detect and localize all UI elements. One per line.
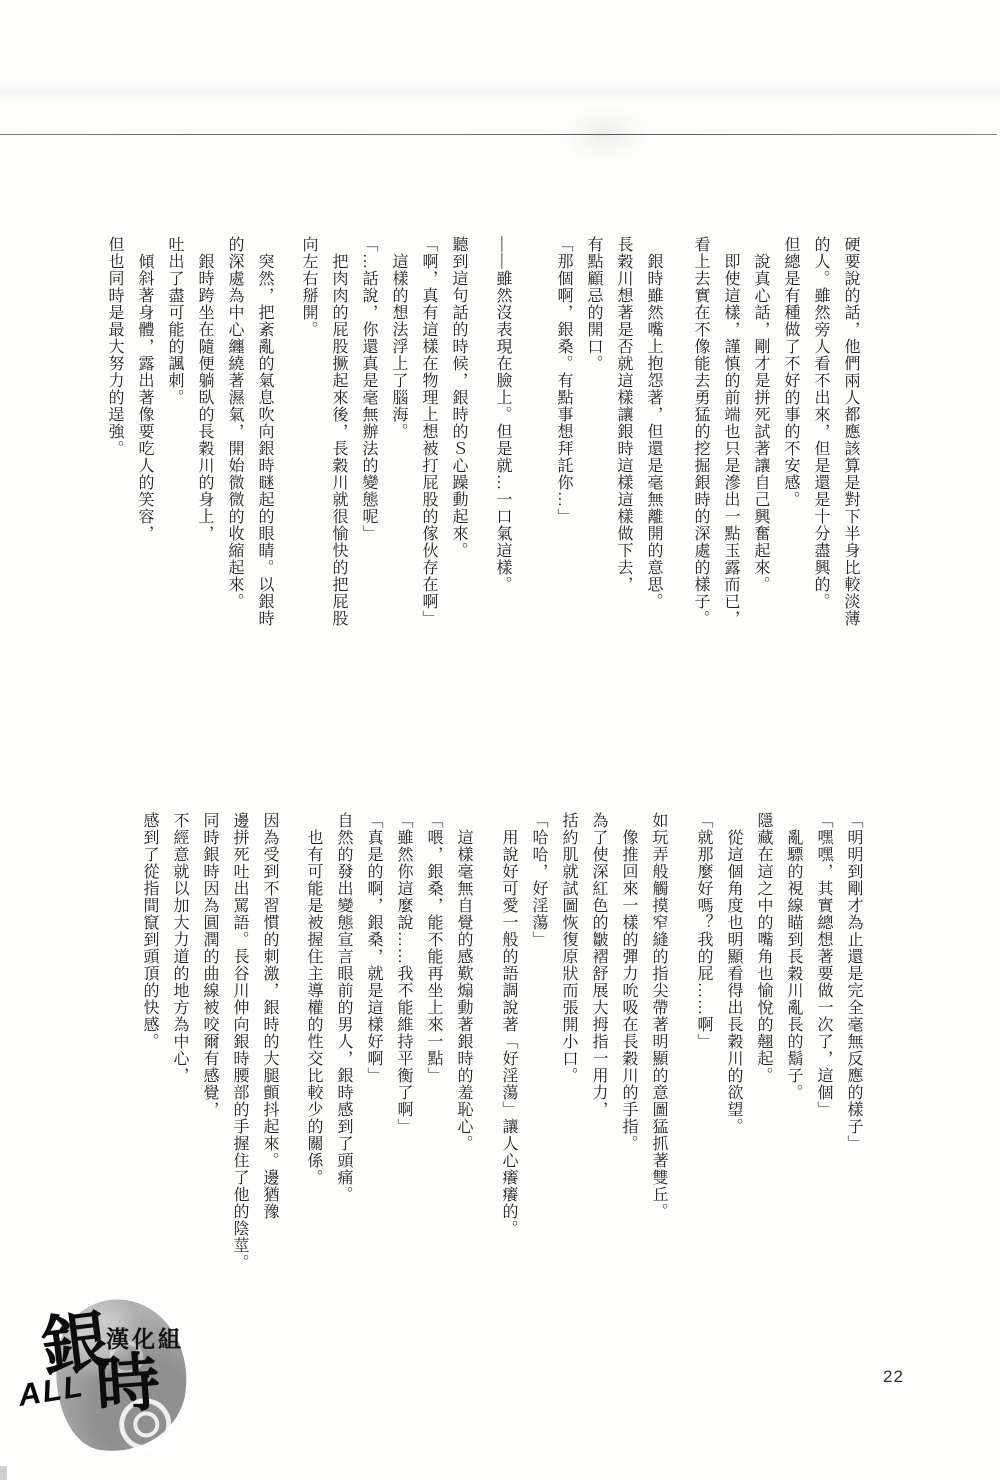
text-column: 「就那麼好嗎？我的屁……啊」	[688, 812, 718, 1292]
text-column: 括約肌就試圖恢復原狀而張開小口。	[553, 812, 583, 1292]
text-column: 這樣毫無自覺的感歎煽動著銀時的羞恥心。	[448, 812, 478, 1292]
text-column: 有點顧忌的開口。	[578, 236, 608, 676]
text-column: 不經意就以加大力道的地方為中心，	[164, 812, 194, 1292]
text-column: 硬要說的話，他們兩人都應該算是對下半身比較淡薄	[835, 236, 865, 676]
text-column: 為了使深紅色的皺褶舒展大拇指一用力，	[583, 812, 613, 1292]
text-column: 「喂，銀桑，能不能再坐上來一點」	[418, 812, 448, 1292]
text-column: ——雖然沒表現在臉上。但是就…一口氣這樣。	[487, 236, 517, 676]
logo-character-toki: 時	[94, 1351, 162, 1419]
text-column: 但總是有種做了不好的事的不安感。	[775, 236, 805, 676]
text-column: 看上去實在不像能去勇猛的挖掘銀時的深處的樣子。	[685, 236, 715, 676]
text-column: 感到了從指間竄到頭頂的快感。	[134, 812, 164, 1292]
text-column: 的人。雖然旁人看不出來，但是還是十分盡興的。	[805, 236, 835, 676]
text-column: 因為受到不習慣的刺激，銀時的大腿顫抖起來。邊猶豫	[254, 812, 284, 1292]
text-column: 「嘿嘿，其實總想著要做一次了，這個」	[808, 812, 838, 1292]
text-column: 「明明到剛才為止還是完全毫無反應的樣子」	[838, 812, 868, 1292]
page-number: 22	[883, 1367, 904, 1387]
text-column: 邊拼死吐出罵語。長谷川伸向銀時腰部的手握住了他的陰莖。	[224, 812, 254, 1292]
text-column: 同時銀時因為圓潤的曲線被咬爾有感覺，	[194, 812, 224, 1292]
text-column: 隱藏在這之中的嘴角也愉悅的翹起。	[748, 812, 778, 1292]
text-column: 聽到這句話的時候，銀時的Ｓ心躁動起來。	[443, 236, 473, 676]
text-column: 的深處為中心纏繞著濕氣，開始微微的收縮起來。	[219, 236, 249, 676]
text-column: 「那個啊，銀桑。有點事想拜託你…」	[548, 236, 578, 676]
upper-text-block: 硬要說的話，他們兩人都應該算是對下半身比較淡薄的人。雖然旁人看不出來，但是還是十…	[99, 236, 865, 676]
scan-smudge-artifact	[560, 104, 650, 164]
scan-line-artifact	[0, 134, 997, 135]
scan-band-artifact	[0, 84, 1000, 100]
text-column: 自然的發出變態宣言眼前的男人，銀時感到了頭痛。	[328, 812, 358, 1292]
text-column: 吐出了盡可能的諷刺。	[159, 236, 189, 676]
text-column: 「…話說，你還真是毫無辦法的變態呢」	[353, 236, 383, 676]
text-column: 「雖然你這麼說……我不能維持平衡了啊」	[388, 812, 418, 1292]
text-column: 「真是的啊，銀桑，就是這樣好啊」	[358, 812, 388, 1292]
text-column: 銀時雖然嘴上抱怨著，但還是毫無離開的意思。	[638, 236, 668, 676]
text-column: 傾斜著身體，露出著像要吃人的笑容，	[129, 236, 159, 676]
text-column: 這樣的想法浮上了腦海。	[383, 236, 413, 676]
text-column: 「啊，真有這樣在物理上想被打屁股的傢伙存在啊」	[413, 236, 443, 676]
text-column: 用說好可愛一般的語調說著「好淫蕩」讓人心癢癢的。	[493, 812, 523, 1292]
scanlation-group-logo: 銀 時 漢化組 ALL	[12, 1295, 242, 1465]
text-column: 像推回來一樣的彈力吮吸在長穀川的手指。	[613, 812, 643, 1292]
text-column: 如玩弄般觸摸窄縫的指尖帶著明顯的意圖猛抓著雙丘。	[643, 812, 673, 1292]
text-column: 銀時跨坐在隨便躺臥的長穀川的身上，	[189, 236, 219, 676]
text-column: 亂驃的視線瞄到長穀川亂長的鬍子。	[778, 812, 808, 1292]
scanned-page: 硬要說的話，他們兩人都應該算是對下半身比較淡薄的人。雖然旁人看不出來，但是還是十…	[0, 0, 1000, 1480]
text-column: 把肉肉的屁股撅起來後，長穀川就很愉快的把屁股	[323, 236, 353, 676]
text-column: 但也同時是最大努力的逞強。	[99, 236, 129, 676]
text-column: 即使這樣，謹慎的前端也只是滲出一點玉露而已，	[715, 236, 745, 676]
text-column: 突然，把紊亂的氣息吹向銀時瞇起的眼睛。以銀時	[249, 236, 279, 676]
text-column: 也有可能是被握住主導權的性交比較少的關係。	[298, 812, 328, 1292]
text-column: 「哈哈，好淫蕩」	[523, 812, 553, 1292]
text-column: 長穀川想著是否就這樣讓銀時這樣這樣做下去，	[608, 236, 638, 676]
text-column: 說真心話，剛才是拼死試著讓自己興奮起來。	[745, 236, 775, 676]
text-column: 從這個角度也明顯看得出長穀川的欲望。	[718, 812, 748, 1292]
logo-group-name: 漢化組	[106, 1328, 184, 1351]
corner-smudge-artifact	[0, 1466, 7, 1480]
lower-text-block: 「明明到剛才為止還是完全毫無反應的樣子」「嘿嘿，其實總想著要做一次了，這個」 亂…	[134, 812, 868, 1292]
text-column: 向左右掰開。	[293, 236, 323, 676]
